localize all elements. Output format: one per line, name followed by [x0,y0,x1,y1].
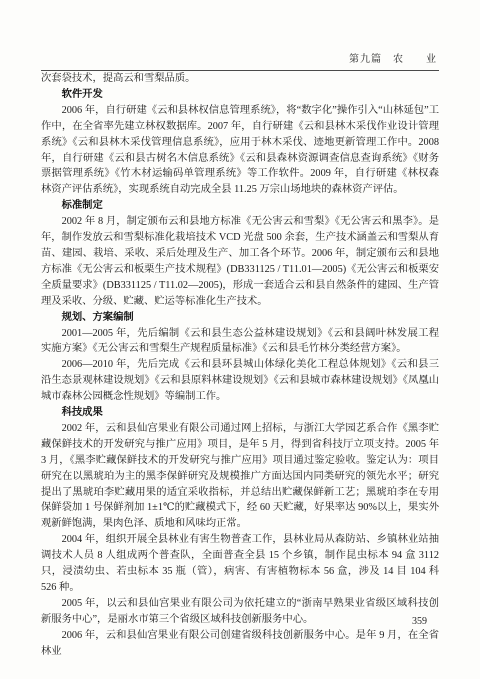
page-body: 次套袋技术，提高云和雪梨品质。 软件开发 2006 年，自行研建《云和县林权信息… [41,71,439,660]
paragraph: 2002 年 8 月，制定颁布云和县地方标准《无公害云和雪梨》《无公害云和黑李》… [41,214,439,309]
paragraph: 2006—2010 年，先后完成《云和县环县城山体绿化美化工程总体规划》《云和县… [41,357,439,405]
paragraph: 2002 年，云和县仙宫果业有限公司通过网上招标，与浙江大学园艺系合作《黑李贮藏… [41,421,439,532]
paragraph-continuation: 次套袋技术，提高云和雪梨品质。 [41,71,439,87]
page-number: 359 [41,616,439,627]
section-heading-planning: 规划、方案编制 [41,310,439,326]
section-heading-software: 软件开发 [41,87,439,103]
paragraph: 2006 年，云和县仙宫果业有限公司创建省级科技创新服务中心。是年 9 月，在全… [41,628,439,660]
section-heading-achievements: 科技成果 [41,405,439,421]
paragraph: 2004 年，组织开展全县林业有害生物普查工作，县林业局从森防站、乡镇林业站抽调… [41,532,439,596]
running-header: 第九篇 农 业 [41,50,439,71]
paragraph: 2006 年，自行研建《云和县林权信息管理系统》，将“数字化”操作引入“山林延包… [41,103,439,198]
paragraph: 2001—2005 年，先后编制《云和县生态公益林建设规划》《云和县阔叶林发展工… [41,326,439,358]
book-page: 第九篇 农 业 次套袋技术，提高云和雪梨品质。 软件开发 2006 年，自行研建… [0,0,480,679]
chapter-title: 第九篇 农 业 [349,54,437,65]
section-heading-standards: 标准制定 [41,198,439,214]
